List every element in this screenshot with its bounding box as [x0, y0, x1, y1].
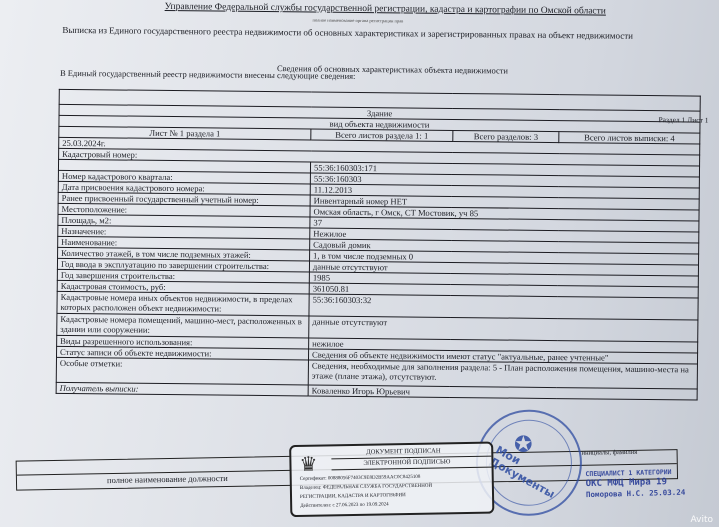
esign-issuer-2: РЕГИСТРАЦИИ, КАДАСТРА И КАРТОГРАФИИ — [300, 493, 406, 500]
divider — [332, 467, 492, 471]
extract-page: Управление Федеральной службы государств… — [0, 0, 719, 527]
row-label: Кадастровые номера помещений, машино-мес… — [57, 313, 309, 338]
signer-name-date: Поморова Н.С. 25.03.24 — [586, 488, 686, 499]
esign-validity: Действителен: с 27.06.2023 по 19.09.2024 — [300, 502, 388, 509]
coat-of-arms-icon: ♛ — [299, 453, 321, 477]
extract-title: Выписка из Единого государственного реес… — [62, 25, 633, 41]
electronic-signature-box: ♛ ДОКУМЕНТ ПОДПИСАН ЭЛЕКТРОННОЙ ПОДПИСЬЮ… — [289, 442, 494, 518]
property-table: Здание вид объекта недвижимости Лист № 1… — [56, 89, 701, 401]
recipient-label: Получатель выписки: — [56, 382, 308, 396]
esign-title-1: ДОКУМЕНТ ПОДПИСАН — [366, 447, 440, 455]
avito-watermark: Avito — [691, 515, 714, 525]
esign-issuer: Владелец: ФЕДЕРАЛЬНАЯ СЛУЖБА ГОСУДАРСТВЕ… — [300, 484, 432, 491]
esign-title-2: ЭЛЕКТРОННОЙ ПОДПИСЬЮ — [363, 458, 450, 467]
authority-name: Управление Федеральной службы государств… — [165, 2, 606, 17]
row-label: Кадастровые номера иных объектов недвижи… — [57, 291, 309, 316]
name-caption: инициалы, фамилия — [582, 449, 638, 457]
authority-caption: полное наименование органа регистрации п… — [313, 17, 404, 23]
intro-text: В Единый государственный реестр недвижим… — [60, 68, 356, 81]
esign-certificate: Сертификат: 00888056F7403C9E8D2B59AAC0C8… — [300, 475, 421, 482]
specialist-stamp: СПЕЦИАЛИСТ 1 КАТЕГОРИИ ОКС МФЦ Мира 19 П… — [585, 468, 685, 499]
special-notes-label: Особые отметки: — [56, 357, 308, 385]
position-caption: полное наименование должности — [107, 473, 228, 485]
